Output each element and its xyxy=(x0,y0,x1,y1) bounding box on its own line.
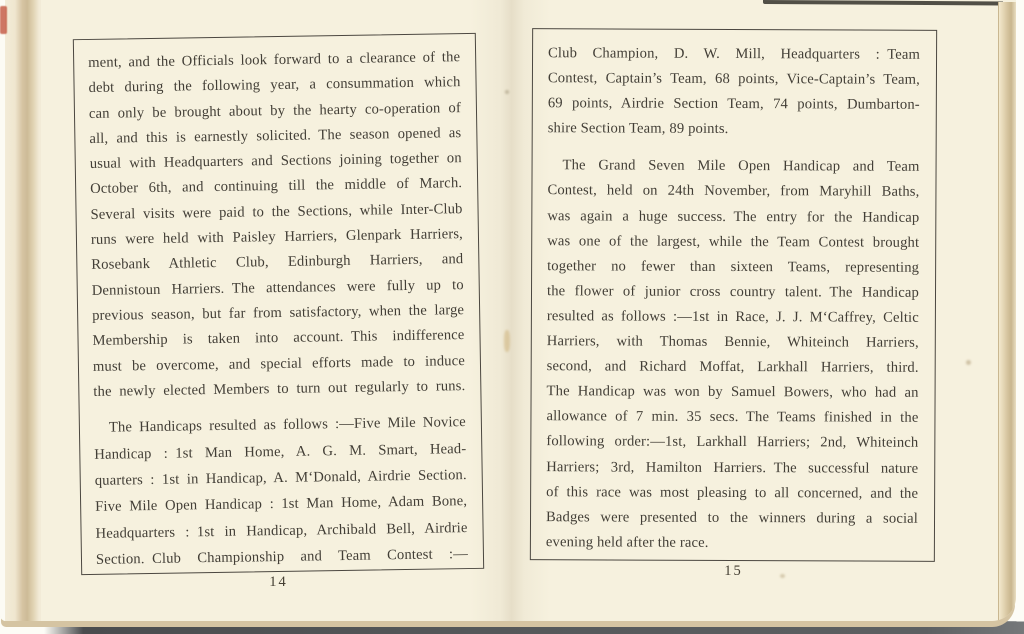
book-scan: ment, and the Officials look forward to … xyxy=(0,0,1024,634)
text-line: of this race was most pleasing to all co… xyxy=(546,480,918,507)
right-page-paragraph-2: The Grand Seven Mile Open Handicap and T… xyxy=(546,154,920,557)
text-line: Section. Club Championship and Team Cont… xyxy=(96,541,468,573)
text-line: following order:—1st, Larkhall Harriers;… xyxy=(546,430,918,457)
text-line: the flower of junior cross country talen… xyxy=(547,279,919,306)
left-page-text-frame: ment, and the Officials look forward to … xyxy=(73,33,484,575)
left-page-stack-edges xyxy=(5,0,41,621)
text-line: Harriers; 3rd, Hamilton Harriers. The su… xyxy=(546,455,918,482)
paper-stain xyxy=(504,330,510,352)
text-line: Club Champion, D. W. Mill, Headquarters … xyxy=(548,41,920,68)
top-cover-edge xyxy=(763,0,1003,5)
paper-stain xyxy=(966,360,971,365)
left-page-paragraph-2: The Handicaps resulted as follows :—Five… xyxy=(94,409,468,573)
right-page-number: 15 xyxy=(531,563,936,580)
text-line: together no fewer than sixteen Teams, re… xyxy=(547,254,919,281)
left-page-paragraph-1: ment, and the Officials look forward to … xyxy=(88,45,466,405)
text-line: the newly elected Members to turn out re… xyxy=(93,374,465,405)
text-line: The Grand Seven Mile Open Handicap and T… xyxy=(548,154,920,181)
right-page-paragraph-1: Club Champion, D. W. Mill, Headquarters … xyxy=(548,41,920,143)
text-line: allowance of 7 min. 35 secs. The Teams f… xyxy=(546,404,918,431)
left-page-number: 14 xyxy=(77,574,480,591)
text-line: evening held after the race. xyxy=(546,530,918,557)
text-line: Badges were presented to the winners dur… xyxy=(546,505,918,532)
red-edge-mark xyxy=(0,6,7,34)
paper-stain xyxy=(505,90,509,94)
text-line: shire Section Team, 89 points. xyxy=(548,116,920,143)
text-line: was again a huge success. The entry for … xyxy=(547,204,919,231)
text-line: resulted as follows :—1st in Race, J. J.… xyxy=(547,304,919,331)
text-line: was one of the largest, while the Team C… xyxy=(547,229,919,256)
text-line: 69 points, Airdrie Section Team, 74 poin… xyxy=(548,91,920,118)
book-spread: ment, and the Officials look forward to … xyxy=(0,0,1016,621)
text-line: Contest, Captain’s Team, 68 points, Vice… xyxy=(548,66,920,93)
right-page-text-frame: Club Champion, D. W. Mill, Headquarters … xyxy=(530,28,937,562)
right-page-edge xyxy=(998,2,1016,621)
text-line: second, and Richard Moffat, Larkhall Har… xyxy=(547,354,919,381)
text-line: Harriers, with Thomas Bennie, Whiteinch … xyxy=(547,329,919,356)
text-line: Contest, held on 24th November, from Mar… xyxy=(547,179,919,206)
text-line: The Handicap was won by Samuel Bowers, w… xyxy=(547,379,919,406)
